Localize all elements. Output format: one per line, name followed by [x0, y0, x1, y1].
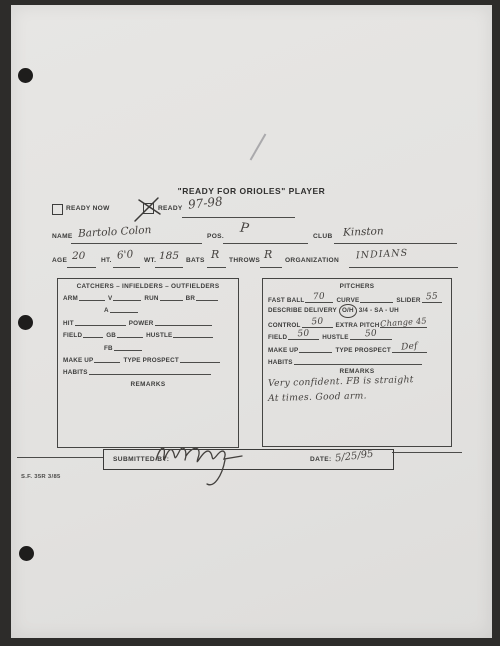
fielders-row-habits: HABITS [63, 366, 233, 378]
punch-hole-middle [18, 315, 33, 330]
v-label: V [108, 295, 112, 302]
bats-value: R [211, 248, 219, 261]
throws-label: THROWS [229, 257, 260, 264]
form-title: "READY FOR ORIOLES" PLAYER [11, 186, 492, 196]
pitchers-row-makeup: MAKE UPTYPE PROSPECTDef [268, 342, 446, 354]
run-line [160, 292, 183, 301]
curve-label: CURVE [336, 297, 359, 304]
hustle-label: HUSTLE [146, 332, 172, 339]
age-underline [67, 267, 96, 268]
slider-value: 55 [421, 291, 442, 303]
br-label: BR [186, 295, 196, 302]
bottom-rule-right [392, 452, 462, 453]
pitcher-hustle-line: 50 [350, 329, 392, 340]
fielders-row-fb: FB [63, 342, 233, 354]
hustle-line [173, 329, 213, 338]
fielders-row-a: A [63, 304, 233, 316]
pitcher-makeup-line [299, 342, 332, 353]
extra-pitch-line: Change 45 [380, 317, 427, 328]
pitcher-hustle-label: HUSTLE [322, 334, 348, 341]
field-label: FIELD [63, 332, 82, 339]
fielders-box: CATCHERS – INFIELDERS – OUTFIELDERS ARMV… [57, 278, 239, 448]
club-value: Kinston [343, 225, 384, 238]
control-line: 50 [302, 317, 333, 328]
pitchers-row-control: CONTROL50EXTRA PITCHChange 45 [268, 317, 446, 329]
br-line [196, 292, 218, 301]
pitcher-habits-label: HABITS [268, 359, 293, 366]
makeup-line [94, 354, 120, 363]
pitchers-row-habits: HABITS [268, 354, 446, 366]
pitchers-remarks-line1: Very confident. FB is straight [268, 374, 446, 390]
pos-underline [223, 243, 308, 244]
ht-label: HT. [101, 257, 112, 264]
ready-now-checkbox [52, 204, 63, 215]
bats-underline [207, 267, 226, 268]
fielders-box-title: CATCHERS – INFIELDERS – OUTFIELDERS [63, 283, 233, 290]
bats-label: BATS [186, 257, 205, 264]
date-value: 5/25/95 [334, 449, 374, 465]
field-line [83, 329, 103, 338]
wt-value: 185 [159, 250, 179, 262]
fielders-row-field: FIELDGBHUSTLE [63, 329, 233, 341]
organization-underline [349, 267, 458, 268]
pos-label: POS. [207, 233, 224, 240]
age-label: AGE [52, 257, 67, 264]
name-underline [71, 243, 202, 244]
makeup-label: MAKE UP [63, 357, 93, 364]
slider-label: SLIDER [396, 297, 420, 304]
slider-line: 55 [422, 292, 442, 303]
age-value: 20 [72, 250, 85, 262]
ht-value: 6'0 [117, 248, 134, 261]
habits-label: HABITS [63, 369, 88, 376]
pos-value: P [239, 221, 250, 237]
power-line [155, 317, 212, 326]
curve-line [360, 292, 393, 303]
pitcher-type-prospect-value: Def [392, 340, 428, 353]
wt-label: WT. [144, 257, 156, 264]
arm-line [79, 292, 105, 301]
control-label: CONTROL [268, 322, 301, 329]
v-line [113, 292, 141, 301]
ready-underline [182, 217, 295, 218]
punch-hole-top [18, 68, 33, 83]
pitchers-box: PITCHERS FAST BALL70CURVESLIDER55 DESCRI… [262, 278, 452, 447]
club-label: CLUB [313, 233, 333, 240]
hit-line [75, 317, 126, 326]
club-underline [334, 243, 457, 244]
fielders-row-arm: ARMVRUNBR [63, 292, 233, 304]
pitcher-field-value: 50 [288, 328, 320, 341]
describe-delivery-label: DESCRIBE DELIVERY [268, 307, 337, 314]
pitchers-row-fastball: FAST BALL70CURVESLIDER55 [268, 292, 446, 304]
date-label: DATE: [310, 456, 332, 463]
gb-line [117, 329, 143, 338]
delivery-options: 3/4 - SA - UH [359, 307, 399, 314]
form-number: S.F. 35R 3/85 [21, 474, 61, 480]
pitcher-field-label: FIELD [268, 334, 287, 341]
pitchers-remarks-line2: At times. Good arm. [268, 389, 446, 405]
gb-label: GB [106, 332, 116, 339]
pitcher-type-prospect-line: Def [392, 342, 427, 353]
wt-underline [155, 267, 183, 268]
power-label: POWER [129, 320, 154, 327]
pitcher-makeup-label: MAKE UP [268, 347, 298, 354]
organization-label: ORGANIZATION [285, 257, 339, 264]
fb-label: FB [104, 345, 113, 352]
run-label: RUN [144, 295, 158, 302]
fastball-line: 70 [305, 292, 333, 303]
ready-now-label: READY NOW [66, 205, 110, 212]
ht-underline [113, 267, 140, 268]
control-value: 50 [301, 316, 333, 329]
type-prospect-line [180, 354, 220, 363]
arm-label: ARM [63, 295, 78, 302]
a-line [110, 304, 138, 313]
hit-label: HIT [63, 320, 74, 327]
scanned-document: "READY FOR ORIOLES" PLAYER READY NOW REA… [0, 0, 500, 646]
fielders-row-hit: HITPOWER [63, 317, 233, 329]
fielders-row-makeup: MAKE UPTYPE PROSPECT [63, 354, 233, 366]
name-label: NAME [52, 233, 73, 240]
punch-hole-bottom [19, 546, 34, 561]
fb-line [114, 342, 142, 351]
pitchers-box-title: PITCHERS [268, 283, 446, 290]
pitcher-type-prospect-label: TYPE PROSPECT [335, 347, 390, 354]
pitchers-row-field: FIELD50HUSTLE50 [268, 329, 446, 341]
fielders-remarks-label: REMARKS [63, 381, 233, 388]
a-label: A [104, 307, 109, 314]
bottom-rule-left [17, 457, 103, 458]
type-prospect-label: TYPE PROSPECT [123, 357, 178, 364]
pitcher-hustle-value: 50 [349, 328, 392, 342]
pitcher-field-line: 50 [288, 329, 319, 340]
throws-underline [260, 267, 282, 268]
pitcher-habits-line [294, 354, 422, 365]
fastball-value: 70 [305, 291, 334, 304]
signature-scribble [152, 438, 262, 494]
ready-label: READY [158, 205, 183, 212]
extra-pitch-label: EXTRA PITCH [336, 322, 380, 329]
fastball-label: FAST BALL [268, 297, 304, 304]
habits-line [89, 366, 211, 375]
throws-value: R [264, 248, 272, 261]
